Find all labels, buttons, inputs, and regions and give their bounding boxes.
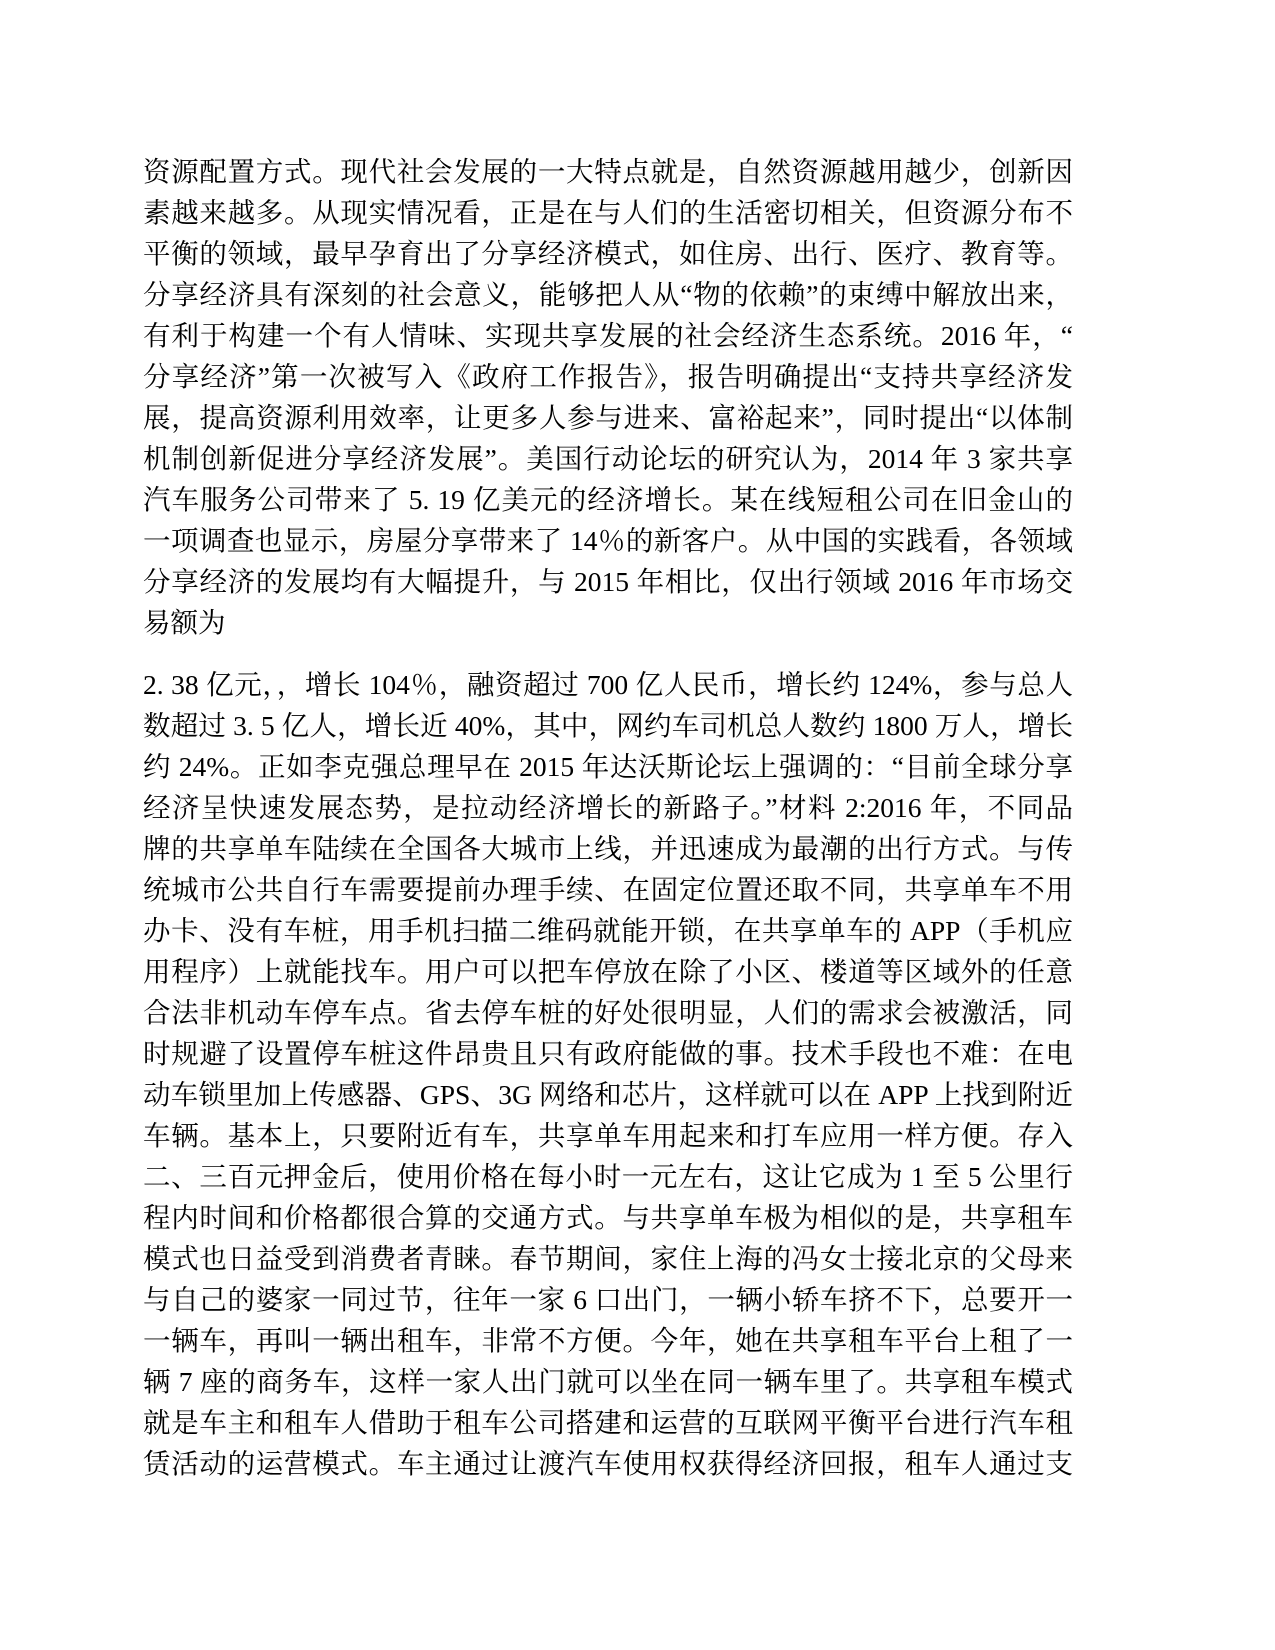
text-line: 牌的共享单车陆续在全国各大城市上线，并迅速成为最潮的出行方式。与传 [143,828,1073,869]
text-line: 一辆车，再叫一辆出租车，非常不方便。今年，她在共享租车平台上租了一 [143,1320,1073,1361]
text-line: 赁活动的运营模式。车主通过让渡汽车使用权获得经济回报，租车人通过支 [143,1443,1073,1484]
text-line: 分享经济具有深刻的社会意义，能够把人从“物的依赖”的束缚中解放出来， [143,274,1073,315]
text-line: 分享经济”第一次被写入《政府工作报告》，报告明确提出“支持共享经济发 [143,356,1073,397]
text-line: 经济呈快速发展态势，是拉动经济增长的新路子。”材料 2:2016 年，不同品 [143,787,1073,828]
text-line: 展，提高资源利用效率，让更多人参与进来、富裕起来”，同时提出“以体制 [143,397,1073,438]
text-line: 2. 38 亿元，，增长 104％，融资超过 700 亿人民币，增长约 124%… [143,664,1073,705]
text-line: 统城市公共自行车需要提前办理手续、在固定位置还取不同，共享单车不用 [143,869,1073,910]
text-line: 程内时间和价格都很合算的交通方式。与共享单车极为相似的是，共享租车 [143,1197,1073,1238]
text-line: 素越来越多。从现实情况看，正是在与人们的生活密切相关，但资源分布不 [143,192,1073,233]
text-line: 分享经济的发展均有大幅提升，与 2015 年相比，仅出行领域 2016 年市场交 [143,561,1073,602]
text-line: 有利于构建一个有人情味、实现共享发展的社会经济生态系统。2016 年，“ [143,315,1073,356]
text-line: 办卡、没有车桩，用手机扫描二维码就能开锁，在共享单车的 APP（手机应 [143,910,1073,951]
text-line: 数超过 3. 5 亿人，增长近 40%，其中，网约车司机总人数约 1800 万人… [143,705,1073,746]
text-line: 平衡的领域，最早孕育出了分享经济模式，如住房、出行、医疗、教育等。 [143,233,1073,274]
paragraph: 资源配置方式。现代社会发展的一大特点就是，自然资源越用越少，创新因 素越来越多。… [143,151,1073,643]
text-line: 就是车主和租车人借助于租车公司搭建和运营的互联网平衡平台进行汽车租 [143,1402,1073,1443]
text-line: 约 24%。正如李克强总理早在 2015 年达沃斯论坛上强调的：“目前全球分享 [143,746,1073,787]
text-line: 辆 7 座的商务车，这样一家人出门就可以坐在同一辆车里了。共享租车模式 [143,1361,1073,1402]
text-line: 机制创新促进分享经济发展”。美国行动论坛的研究认为，2014 年 3 家共享 [143,438,1073,479]
text-line: 合法非机动车停车点。省去停车桩的好处很明显，人们的需求会被激活，同 [143,992,1073,1033]
text-line: 模式也日益受到消费者青睐。春节期间，家住上海的冯女士接北京的父母来 [143,1238,1073,1279]
text-line: 车辆。基本上，只要附近有车，共享单车用起来和打车应用一样方便。存入 [143,1115,1073,1156]
document-page: 资源配置方式。现代社会发展的一大特点就是，自然资源越用越少，创新因 素越来越多。… [143,151,1073,1484]
text-line: 与自己的婆家一同过节，往年一家 6 口出门，一辆小轿车挤不下，总要开一 [143,1279,1073,1320]
text-line: 动车锁里加上传感器、GPS、3G 网络和芯片，这样就可以在 APP 上找到附近 [143,1074,1073,1115]
paragraph: 2. 38 亿元，，增长 104％，融资超过 700 亿人民币，增长约 124%… [143,664,1073,1484]
text-line: 汽车服务公司带来了 5. 19 亿美元的经济增长。某在线短租公司在旧金山的 [143,479,1073,520]
text-line: 一项调查也显示，房屋分享带来了 14％的新客户。从中国的实践看，各领域 [143,520,1073,561]
text-line: 用程序）上就能找车。用户可以把车停放在除了小区、楼道等区域外的任意 [143,951,1073,992]
text-line: 易额为 [143,602,1073,643]
text-line: 二、三百元押金后，使用价格在每小时一元左右，这让它成为 1 至 5 公里行 [143,1156,1073,1197]
text-line: 时规避了设置停车桩这件昂贵且只有政府能做的事。技术手段也不难：在电 [143,1033,1073,1074]
text-line: 资源配置方式。现代社会发展的一大特点就是，自然资源越用越少，创新因 [143,151,1073,192]
